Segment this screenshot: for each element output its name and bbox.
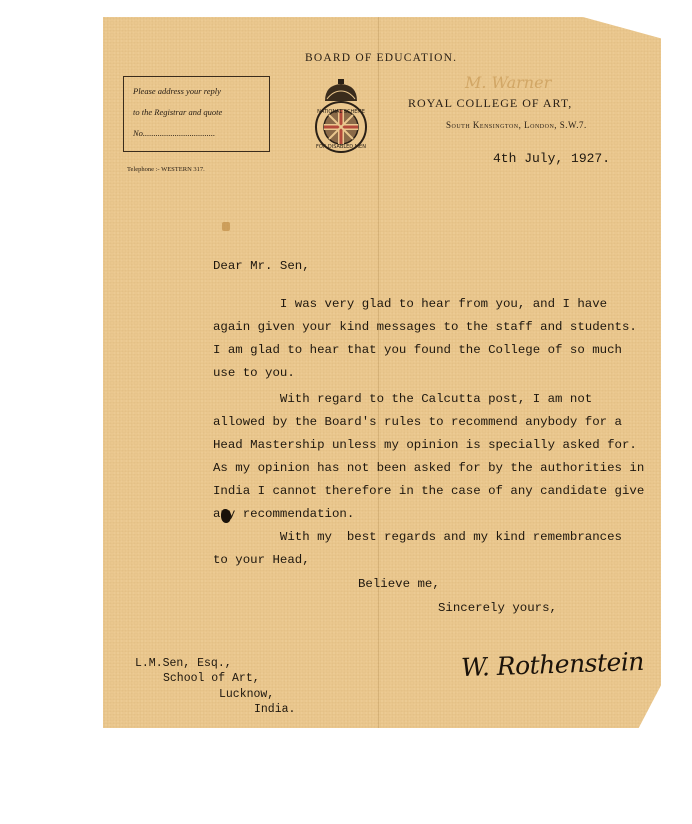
college-name: ROYAL COLLEGE OF ART,: [408, 96, 572, 111]
recipient-city: Lucknow,: [219, 688, 274, 701]
closing-believe-me: Believe me,: [358, 577, 440, 591]
fold-line: [378, 17, 379, 728]
body-line: I am glad to hear that you found the Col…: [213, 343, 622, 357]
body-line: allowed by the Board's rules to recommen…: [213, 415, 622, 429]
body-line: With my best regards and my kind remembr…: [213, 530, 622, 544]
body-line: I was very glad to hear from you, and I …: [213, 297, 607, 311]
reply-line-3: No..................................: [133, 128, 215, 138]
signature: W. Rothenstein: [461, 647, 645, 682]
ink-blot: [221, 509, 231, 523]
body-line: use to you.: [213, 366, 295, 380]
salutation: Dear Mr. Sen,: [213, 259, 310, 273]
telephone-number: Telephone :- WESTERN 317.: [127, 166, 205, 173]
recipient-school: School of Art,: [163, 672, 260, 685]
handwritten-annotation: M. Warner: [465, 73, 551, 92]
body-line: Head Mastership unless my opinion is spe…: [213, 438, 637, 452]
reply-instruction-box: Please address your reply to the Registr…: [123, 76, 270, 152]
reply-line-1: Please address your reply: [133, 86, 221, 96]
svg-text:FOR DISABLED MEN: FOR DISABLED MEN: [316, 144, 366, 150]
closing-sincerely: Sincerely yours,: [438, 601, 557, 615]
recipient-country: India.: [254, 703, 295, 716]
reply-line-2: to the Registrar and quote: [133, 107, 222, 117]
letter-page: BOARD OF EDUCATION. Please address your …: [103, 17, 661, 728]
body-line: As my opinion has not been asked for by …: [213, 461, 644, 475]
letter-date: 4th July, 1927.: [493, 151, 610, 166]
body-line: again given your kind messages to the st…: [213, 320, 637, 334]
recipient-name: L.M.Sen, Esq.,: [135, 657, 232, 670]
crest-icon: NATIONAL SCHEME FOR DISABLED MEN: [313, 77, 369, 157]
body-line: any recommendation.: [213, 507, 354, 521]
college-address: South Kensington, London, S.W.7.: [446, 120, 587, 130]
board-of-education-heading: BOARD OF EDUCATION.: [305, 52, 457, 64]
body-line: India I cannot therefore in the case of …: [213, 484, 644, 498]
svg-text:NATIONAL SCHEME: NATIONAL SCHEME: [317, 109, 365, 115]
body-line: With regard to the Calcutta post, I am n…: [213, 392, 592, 406]
body-line: to your Head,: [213, 553, 310, 567]
paper-stain: [222, 222, 230, 231]
